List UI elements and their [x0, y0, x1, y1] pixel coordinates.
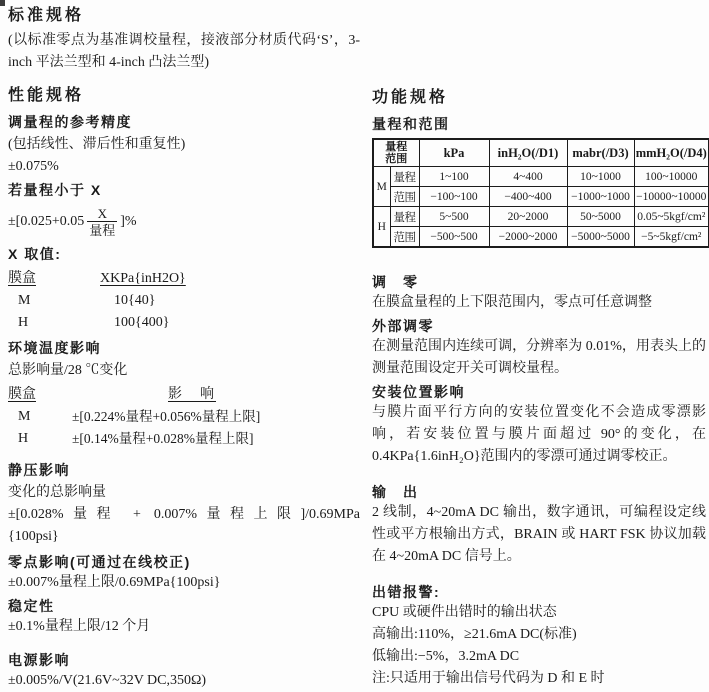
membrane-label: M	[8, 290, 100, 312]
column-header-mmh2o: mmH₂O(/D4)	[634, 139, 709, 167]
zero-adjust-text: 在膜盒量程的上下限范围内，零点可任意调整	[372, 292, 706, 314]
alarm-line: CPU 或硬件出错时的输出状态	[372, 602, 706, 624]
cell-value: −100~100	[419, 187, 489, 207]
table-row: M 量程 1~100 4~400 10~1000 100~10000	[373, 167, 709, 187]
corner-top-label: 量程	[374, 141, 419, 153]
temp-table-col-membrane: 膜盒	[8, 387, 36, 402]
effect-value: ±[0.14%量程+0.028%量程上限]	[72, 428, 254, 450]
function-spec-title: 功能规格	[372, 88, 706, 108]
zero-effect-value: ±0.007%量程上限/0.69MPa{100psi}	[8, 572, 360, 594]
static-pressure-value-line1: ±[0.028%量程 + 0.007%量程上限]/0.69MPa	[8, 504, 360, 526]
membrane-value: 10{40}	[100, 290, 155, 312]
cell-value: 20~2000	[489, 207, 567, 227]
cell-value: −1000~1000	[567, 187, 634, 207]
external-zero-heading: 外部调零	[372, 316, 706, 336]
cell-value: −400~400	[489, 187, 567, 207]
fraction-denominator: 量程	[87, 221, 117, 239]
power-supply-value: ±0.005%/V(21.6V~32V DC,350Ω)	[8, 670, 360, 692]
table-row: M 10{40}	[8, 290, 360, 312]
stability-heading: 稳定性	[8, 596, 360, 616]
accuracy-heading: 调量程的参考精度	[8, 112, 360, 132]
alarm-heading: 出错报警:	[372, 582, 706, 602]
column-header-kpa: kPa	[419, 139, 489, 167]
small-span-heading: 若量程小于 X	[8, 180, 360, 200]
table-row: H ±[0.14%量程+0.028%量程上限]	[8, 428, 360, 450]
cell-value: −5~5kgf/cm²	[634, 227, 709, 248]
performance-spec-title: 性能规格	[8, 86, 360, 106]
x-table-col-membrane: 膜盒	[8, 271, 36, 286]
output-text: 2 线制，4~20mA DC 输出，数字通讯，可编程设定线性或平方根输出方式，B…	[372, 502, 706, 568]
range-table-header-row: 量程 范围 kPa inH₂O(/D1) mabr(/D3) mmH₂O(/D4…	[373, 139, 709, 167]
temperature-heading: 环境温度影响	[8, 338, 360, 358]
temp-table-header: 膜盒 影 响	[8, 384, 360, 406]
table-row: 范围 −100~100 −400~400 −1000~1000 −10000~1…	[373, 187, 709, 207]
table-row: 范围 −500~500 −2000~2000 −5000~5000 −5~5kg…	[373, 227, 709, 248]
alarm-line: 低输出:−5%，3.2mA DC	[372, 646, 706, 668]
table-row: H 量程 5~500 20~2000 50~5000 0.05~5kgf/cm²	[373, 207, 709, 227]
cell-value: 5~500	[419, 207, 489, 227]
formula-prefix: ±[0.025+0.05	[8, 211, 84, 233]
range-table-corner: 量程 范围	[373, 139, 419, 167]
right-column: 功能规格 量程和范围 量程 范围 kPa inH₂O(/D1) mabr(/D3…	[372, 0, 706, 690]
alarm-line: 注:只适用于输出信号代码为 D 和 E 时	[372, 668, 706, 690]
temp-table-col-effect: 影 响	[168, 387, 216, 402]
zero-effect-heading: 零点影响(可通过在线校正)	[8, 552, 360, 572]
power-supply-heading: 电源影响	[8, 650, 360, 670]
output-heading: 输 出	[372, 482, 706, 502]
row-kind: 范围	[390, 227, 419, 248]
formula-fraction: X量程	[87, 206, 117, 239]
cell-value: −10000~10000	[634, 187, 709, 207]
cell-value: −5000~5000	[567, 227, 634, 248]
cell-value: 0.05~5kgf/cm²	[634, 207, 709, 227]
static-pressure-note: 变化的总影响量	[8, 482, 360, 504]
membrane-label: H	[8, 428, 72, 450]
left-column: 标准规格 (以标准零点为基准调校量程，接液部分材质代码‘S’，3-inch 平法…	[8, 0, 360, 692]
table-row: M ±[0.224%量程+0.056%量程上限]	[8, 406, 360, 428]
scan-artifact	[0, 0, 5, 6]
range-table: 量程 范围 kPa inH₂O(/D1) mabr(/D3) mmH₂O(/D4…	[372, 138, 709, 248]
row-kind: 量程	[390, 167, 419, 187]
x-table-col-value: XKPa{inH2O}	[100, 271, 186, 286]
standard-spec-title: 标准规格	[8, 6, 360, 26]
external-zero-text: 在测量范围内连续可调，分辨率为 0.01%，用表头上的测量范围设定开关可调校量程…	[372, 336, 706, 380]
small-span-formula: ±[0.025+0.05 X量程 ]%	[8, 202, 360, 242]
x-values-table: 膜盒 XKPa{inH2O} M 10{40} H 100{400}	[8, 268, 360, 334]
effect-value: ±[0.224%量程+0.056%量程上限]	[72, 406, 260, 428]
static-pressure-value-line2: {100psi}	[8, 526, 360, 548]
stability-value: ±0.1%量程上限/12 个月	[8, 616, 360, 638]
alarm-line: 高输出:110%，≥21.6mA DC(标准)	[372, 624, 706, 646]
membrane-label: H	[8, 312, 100, 334]
temperature-table: 膜盒 影 响 M ±[0.224%量程+0.056%量程上限] H ±[0.14…	[8, 384, 360, 450]
x-values-heading: X 取值:	[8, 244, 360, 264]
row-kind: 范围	[390, 187, 419, 207]
corner-bottom-label: 范围	[374, 153, 419, 165]
row-kind: 量程	[390, 207, 419, 227]
zero-adjust-heading: 调 零	[372, 272, 706, 292]
group-label-m: M	[373, 167, 390, 207]
cell-value: 100~10000	[634, 167, 709, 187]
cell-value: 10~1000	[567, 167, 634, 187]
mounting-heading: 安装位置影响	[372, 382, 706, 402]
standard-spec-note: (以标准零点为基准调校量程，接液部分材质代码‘S’，3-inch 平法兰型和 4…	[8, 30, 360, 74]
formula-suffix: ]%	[120, 211, 136, 233]
cell-value: 1~100	[419, 167, 489, 187]
temperature-note: 总影响量/28 ℃变化	[8, 360, 360, 382]
cell-value: 50~5000	[567, 207, 634, 227]
cell-value: 4~400	[489, 167, 567, 187]
accuracy-value: ±0.075%	[8, 156, 360, 178]
cell-value: −2000~2000	[489, 227, 567, 248]
accuracy-note: (包括线性、滞后性和重复性)	[8, 134, 360, 156]
cell-value: −500~500	[419, 227, 489, 248]
x-table-header: 膜盒 XKPa{inH2O}	[8, 268, 360, 290]
group-label-h: H	[373, 207, 390, 248]
fraction-numerator: X	[87, 206, 117, 221]
table-row: H 100{400}	[8, 312, 360, 334]
static-pressure-heading: 静压影响	[8, 460, 360, 480]
range-heading: 量程和范围	[372, 114, 706, 134]
mounting-text: 与膜片面平行方向的安装位置变化不会造成零漂影响，若安装位置与膜片面超过 90°的…	[372, 402, 706, 468]
membrane-label: M	[8, 406, 72, 428]
membrane-value: 100{400}	[100, 312, 169, 334]
column-header-mabr: mabr(/D3)	[567, 139, 634, 167]
column-header-inh2o: inH₂O(/D1)	[489, 139, 567, 167]
